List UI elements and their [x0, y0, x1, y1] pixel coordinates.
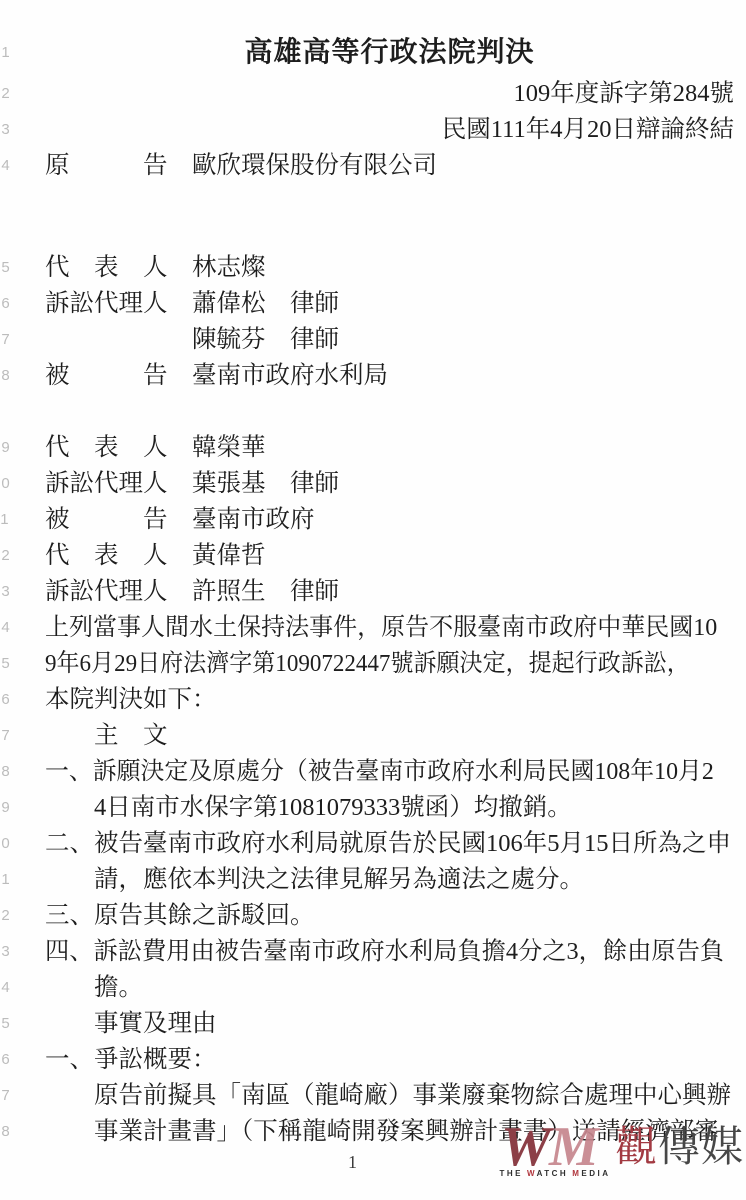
line-number: 12: [0, 538, 11, 574]
tagline-text: ATCH: [537, 1169, 569, 1178]
line-number: 28: [0, 1114, 11, 1150]
wm-monogram-icon: W M: [503, 1122, 607, 1168]
line-number: 23: [0, 934, 11, 970]
counsel: 訴訟代理人 蕭偉松 律師: [45, 286, 734, 322]
body-text-line: 14 上列當事人間水土保持法事件，原告不服臺南市政府中華民國10: [0, 610, 746, 646]
line-number: 26: [0, 1042, 11, 1078]
main-text-heading: 主 文: [45, 718, 734, 754]
line-number: 04: [0, 148, 11, 184]
representative-line: 05 代 表 人 林志燦: [0, 250, 746, 286]
tagline-text: EDIA: [581, 1169, 610, 1178]
line-number: 05: [0, 250, 11, 286]
line-number: 02: [0, 76, 11, 112]
counsel-line: 06 訴訟代理人 蕭偉松 律師: [0, 286, 746, 322]
line-number: 13: [0, 574, 11, 610]
holding-item-line: 22 三、原告其餘之訴駁回。: [0, 898, 746, 934]
body-text-line: 15 9年6月29日府法濟字第1090722447號訴願決定，提起行政訴訟，: [0, 646, 746, 682]
facts-heading-line: 25 事實及理由: [0, 1006, 746, 1042]
defendant: 被 告 臺南市政府水利局: [45, 358, 734, 394]
line-number: 01: [0, 30, 11, 76]
document-title: 高雄高等行政法院判決: [45, 30, 734, 76]
line-number: 09: [0, 430, 11, 466]
hearing-close-date-line: 03 民國111年4月20日辯論終結: [0, 112, 746, 148]
holding-item: 請，應依本判決之法律見解另為適法之處分。: [45, 862, 734, 898]
holding-item-line: 19 4日南市水保字第1081079333號函）均撤銷。: [0, 790, 746, 826]
holding-item: 一、訴願決定及原處分（被告臺南市政府水利局民國108年10月2: [45, 754, 717, 790]
section-heading-line: 26 一、爭訟概要：: [0, 1042, 746, 1078]
line-number: 27: [0, 1078, 11, 1114]
plaintiff-line: 04 原 告 歐欣環保股份有限公司: [0, 148, 746, 184]
counsel: 訴訟代理人 許照生 律師: [45, 574, 734, 610]
judgment-page: 01 高雄高等行政法院判決 02 109年度訴字第284號 03 民國111年4…: [0, 0, 746, 1200]
line-number: 11: [0, 502, 10, 538]
facts-heading: 事實及理由: [45, 1006, 734, 1042]
brand-rest: 傳媒: [658, 1123, 744, 1170]
monogram-m: M: [548, 1122, 601, 1168]
line-number: 21: [0, 862, 11, 898]
representative-line: 12 代 表 人 黃偉哲: [0, 538, 746, 574]
tagline-m: M: [572, 1169, 581, 1178]
representative: 代 表 人 黃偉哲: [45, 538, 734, 574]
counsel-line: 13 訴訟代理人 許照生 律師: [0, 574, 746, 610]
case-number: 109年度訴字第284號: [45, 76, 734, 112]
line-number: 19: [0, 790, 11, 826]
holding-item-line: 18 一、訴願決定及原處分（被告臺南市政府水利局民國108年10月2: [0, 754, 746, 790]
representative-line: 09 代 表 人 韓榮華: [0, 430, 746, 466]
tagline-w: W: [527, 1169, 537, 1178]
line-number: 18: [0, 754, 11, 790]
counsel: 陳毓芬 律師: [45, 322, 734, 358]
monogram-w: W: [503, 1122, 555, 1168]
line-number: 10: [0, 466, 11, 502]
line-number: 14: [0, 610, 11, 646]
plaintiff: 原 告 歐欣環保股份有限公司: [45, 148, 734, 184]
defendant-line: 11 被 告 臺南市政府: [0, 502, 746, 538]
holding-item-line: 21 請，應依本判決之法律見解另為適法之處分。: [0, 862, 746, 898]
watch-media-logo: W M THEWATCHMEDIA: [503, 1122, 607, 1178]
body-text: 原告前擬具「南區（龍崎廠）事業廢棄物綜合處理中心興辦: [45, 1078, 734, 1114]
holding-item: 三、原告其餘之訴駁回。: [45, 898, 734, 934]
page-number: 1: [348, 1152, 357, 1173]
counsel-line: 10 訴訟代理人 葉張基 律師: [0, 466, 746, 502]
line-number: 16: [0, 682, 11, 718]
line-number: 20: [0, 826, 11, 862]
judgment-body: 01 高雄高等行政法院判決 02 109年度訴字第284號 03 民國111年4…: [0, 0, 746, 1150]
tagline-text: THE: [499, 1169, 523, 1178]
body-text: 本院判決如下：: [45, 682, 734, 718]
hearing-close-date: 民國111年4月20日辯論終結: [45, 112, 734, 148]
case-number-line: 02 109年度訴字第284號: [0, 76, 746, 112]
representative: 代 表 人 韓榮華: [45, 430, 734, 466]
holding-item: 二、被告臺南市政府水利局就原告於民國106年5月15日所為之申: [45, 826, 734, 862]
line-number: 15: [0, 646, 11, 682]
line-number: 17: [0, 718, 11, 754]
watch-media-brand-name: 觀傳媒: [615, 1124, 744, 1170]
holding-item-line: 20 二、被告臺南市政府水利局就原告於民國106年5月15日所為之申: [0, 826, 746, 862]
body-text-line: 27 原告前擬具「南區（龍崎廠）事業廢棄物綜合處理中心興辦: [0, 1078, 746, 1114]
watch-media-tagline: THEWATCHMEDIA: [499, 1169, 610, 1178]
line-number: 03: [0, 112, 11, 148]
blank-gap: [0, 184, 746, 250]
counsel: 訴訟代理人 葉張基 律師: [45, 466, 734, 502]
document-title-line: 01 高雄高等行政法院判決: [0, 30, 746, 76]
defendant-line: 08 被 告 臺南市政府水利局: [0, 358, 746, 394]
line-number: 22: [0, 898, 11, 934]
counsel-line: 07 陳毓芬 律師: [0, 322, 746, 358]
holding-item: 擔。: [45, 970, 734, 1006]
watch-media-watermark: W M THEWATCHMEDIA 觀傳媒: [503, 1122, 744, 1178]
section-heading: 一、爭訟概要：: [45, 1042, 734, 1078]
line-number: 07: [0, 322, 11, 358]
main-text-heading-line: 17 主 文: [0, 718, 746, 754]
holding-item-line: 24 擔。: [0, 970, 746, 1006]
brand-accent-char: 觀: [615, 1123, 658, 1170]
blank-gap: [0, 394, 746, 430]
holding-item: 4日南市水保字第1081079333號函）均撤銷。: [45, 790, 734, 826]
body-text-line: 16 本院判決如下：: [0, 682, 746, 718]
defendant: 被 告 臺南市政府: [45, 502, 734, 538]
holding-item: 四、訴訟費用由被告臺南市政府水利局負擔4分之3，餘由原告負: [45, 934, 727, 970]
body-text: 9年6月29日府法濟字第1090722447號訴願決定，提起行政訴訟，: [45, 646, 693, 682]
representative: 代 表 人 林志燦: [45, 250, 734, 286]
line-number: 25: [0, 1006, 11, 1042]
line-number: 08: [0, 358, 11, 394]
holding-item-line: 23 四、訴訟費用由被告臺南市政府水利局負擔4分之3，餘由原告負: [0, 934, 746, 970]
line-number: 06: [0, 286, 11, 322]
line-number: 24: [0, 970, 11, 1006]
body-text: 上列當事人間水土保持法事件，原告不服臺南市政府中華民國10: [45, 610, 720, 646]
